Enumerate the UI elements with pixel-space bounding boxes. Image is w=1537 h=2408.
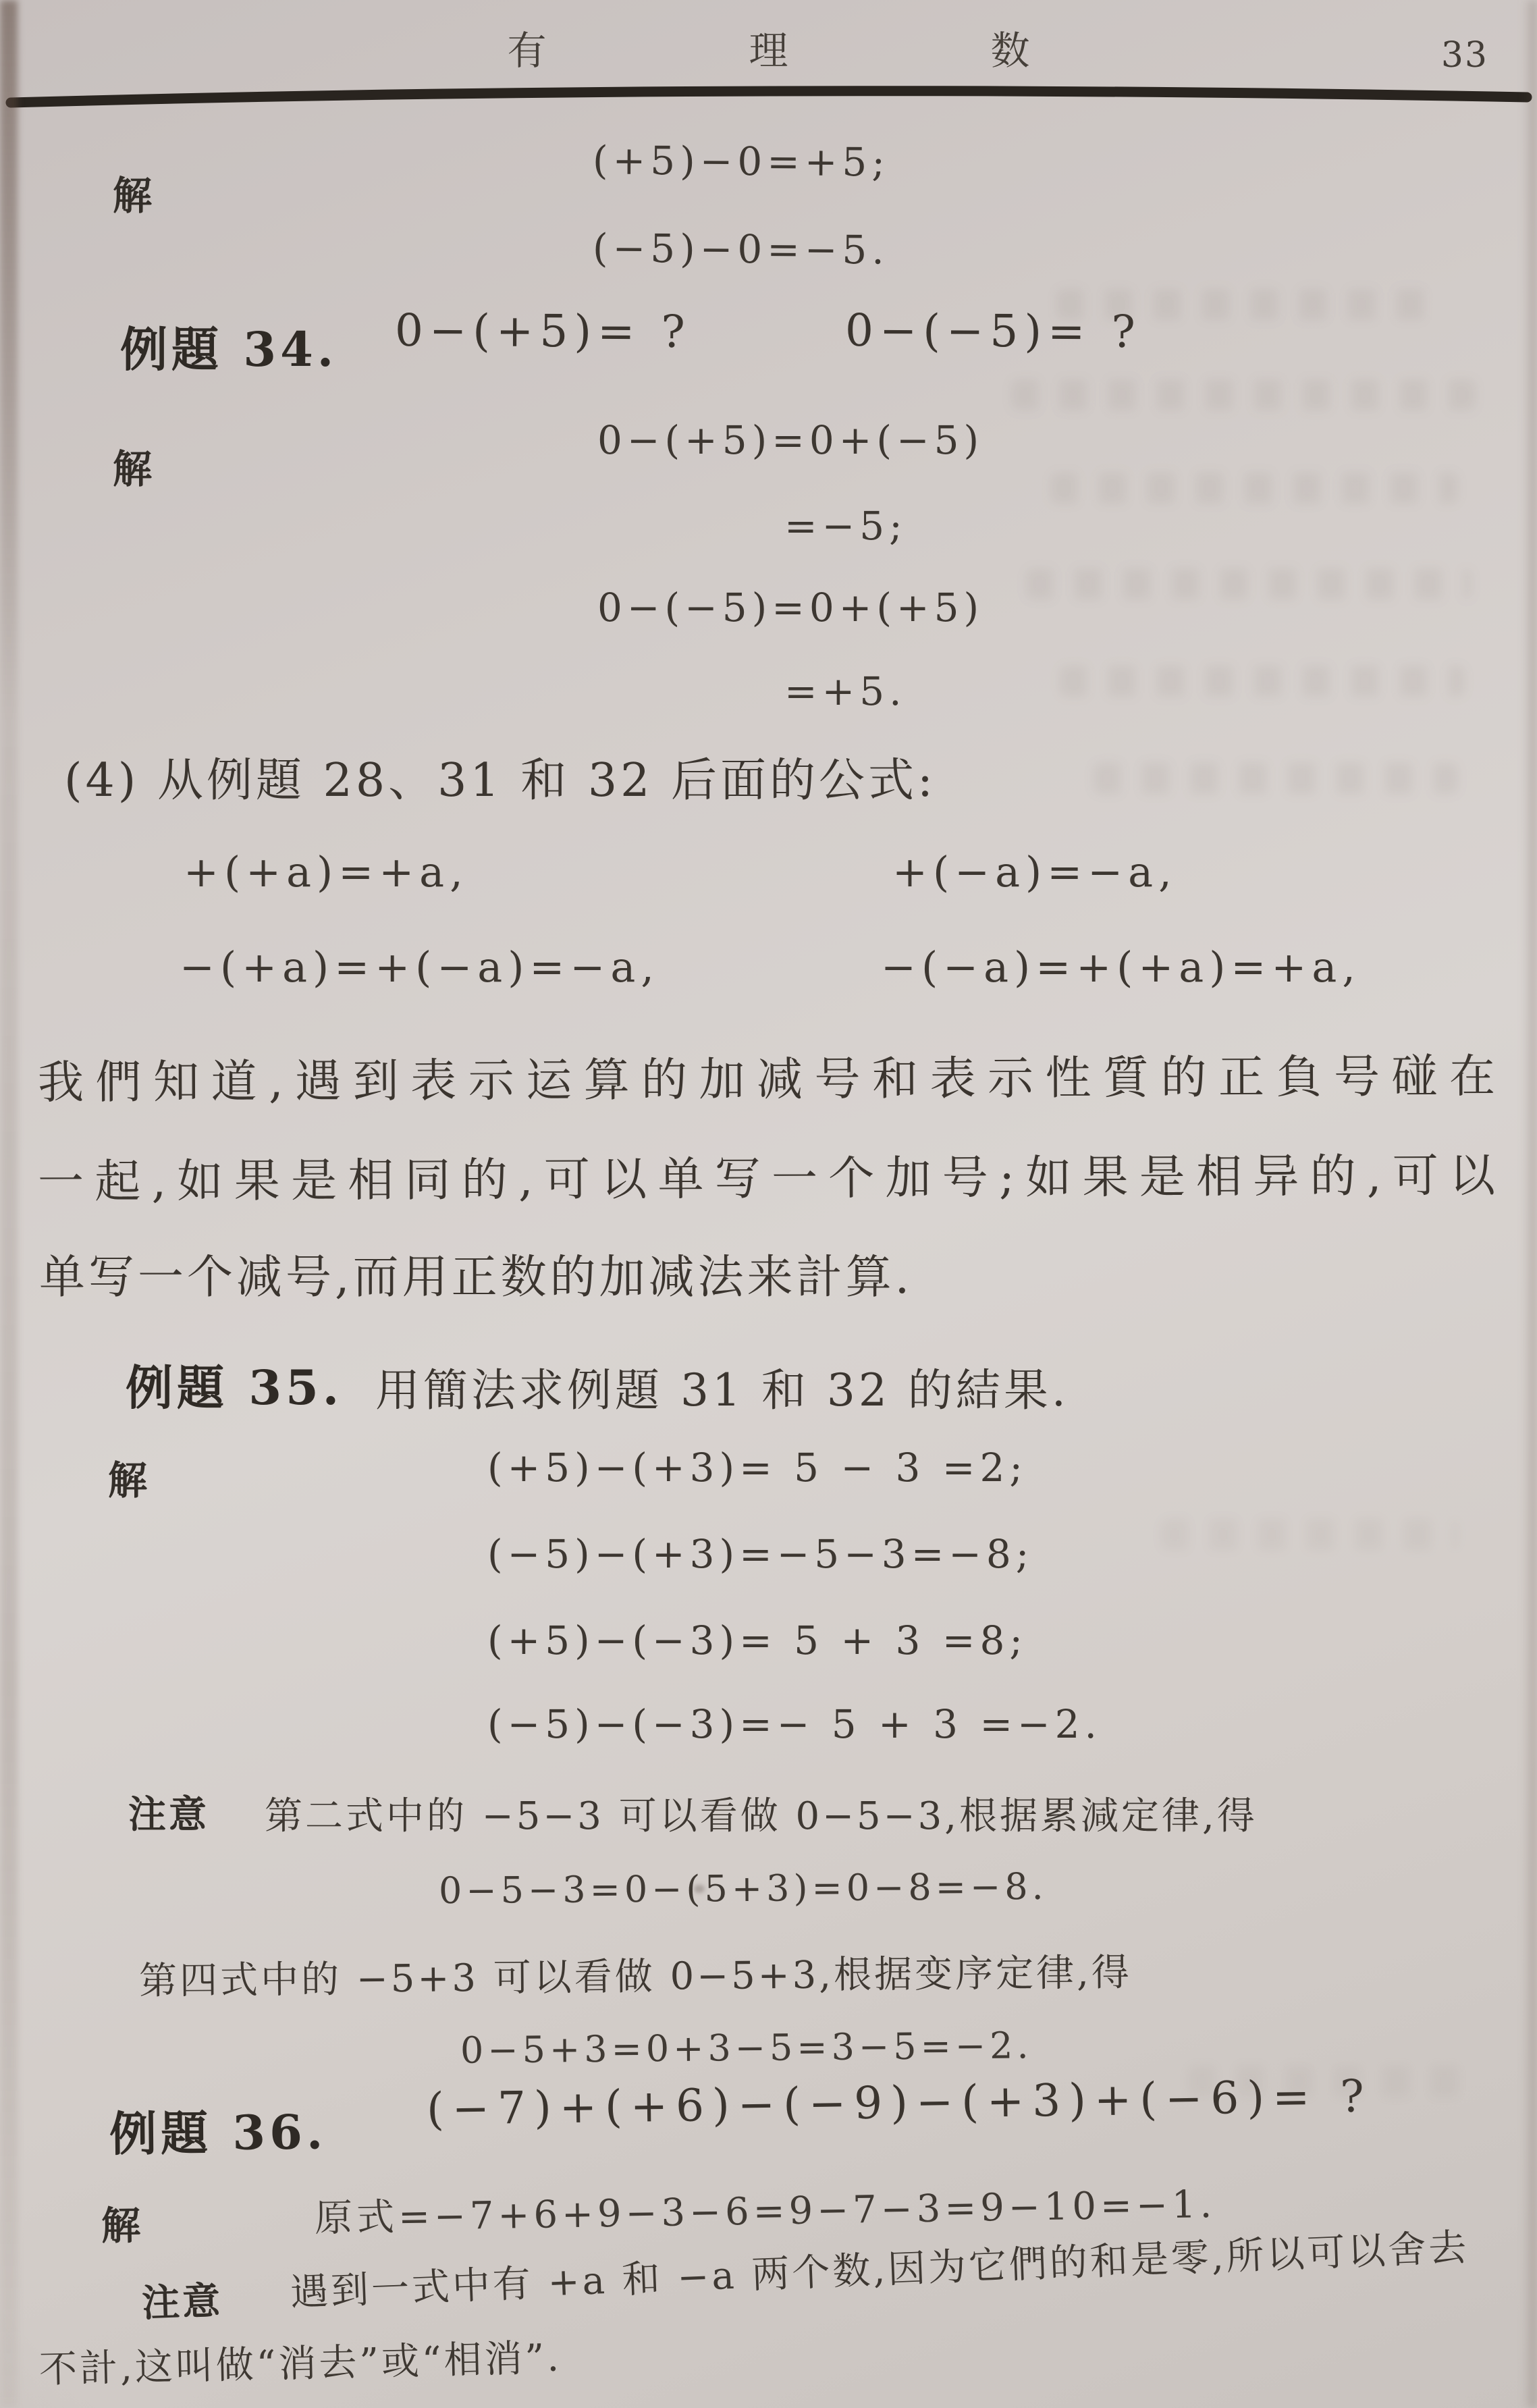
bleedthrough-smudge: [1161, 1519, 1458, 1550]
header-rule: [0, 80, 1537, 111]
running-title: 有 理 数: [0, 19, 1537, 76]
formula: +(−a)=−a,: [892, 847, 1177, 897]
bleedthrough-smudge: [1026, 568, 1472, 599]
equation-line: 0−(−5)=0+(+5): [597, 585, 983, 631]
solution-label: 解: [101, 2194, 143, 2251]
page-number: 33: [1441, 35, 1488, 76]
page-left-shadow: [0, 0, 18, 2408]
bleedthrough-smudge: [1094, 763, 1458, 794]
solution-label: 解: [113, 437, 155, 494]
paragraph-text: 我們知道,遇到表示运算的加减号和表示性質的正負号碰在: [38, 1040, 1499, 1111]
equation-line: 0−5+3=0+3−5=3−5=−2.: [460, 2024, 1033, 2071]
running-title-char: 理: [749, 19, 788, 76]
bleedthrough-smudge: [1060, 666, 1465, 697]
note-text: 第二式中的 −5−3 可以看做 0−5−3,根据累減定律,得: [265, 1786, 1258, 1840]
equation-line: (−5)−(−3)=− 5 + 3 =−2.: [487, 1701, 1102, 1747]
section-intro-text: (4) 从例題 28、31 和 32 后面的公式:: [64, 744, 936, 809]
formula: −(−a)=+(+a)=+a,: [881, 942, 1361, 992]
equation-line: =−5;: [784, 503, 907, 549]
page-right-shadow: [1523, 0, 1537, 2408]
running-title-char: 有: [507, 19, 546, 76]
paragraph-text: 一起,如果是相同的,可以单写一个加号;如果是相异的,可以: [38, 1139, 1499, 1210]
solution-label: 解: [108, 1449, 150, 1505]
paragraph-text: 单写一个减号,而用正数的加减法来計算.: [39, 1241, 913, 1306]
formula: −(+a)=+(−a)=−a,: [180, 942, 659, 992]
example-text: 用簡法求例題 31 和 32 的結果.: [375, 1354, 1069, 1418]
equation-line: =+5.: [784, 668, 907, 714]
equation-line: (−5)−(+3)=−5−3=−8;: [487, 1531, 1033, 1577]
equation-line: 0−(+5)=0+(−5): [597, 417, 983, 463]
equation-line: 0−5−3=0−(5+3)=0−8=−8.: [439, 1865, 1048, 1912]
equation-question: 0−(+5)= ?: [395, 304, 691, 358]
note-text: 不計,这叫做“消去”或“相消”.: [38, 2328, 562, 2394]
running-title-char: 数: [991, 19, 1030, 76]
note-label: 注意: [141, 2271, 224, 2328]
formula: +(+a)=+a,: [184, 847, 468, 897]
equation-line: (−5)−0=−5.: [593, 225, 889, 273]
equation-line: (+5)−(−3)= 5 + 3 =8;: [487, 1617, 1027, 1663]
ink-spot: [694, 1885, 705, 1893]
example-number: 例題 36.: [109, 2094, 327, 2164]
solution-label: 解: [113, 164, 155, 221]
note-text: 第四式中的 −5+3 可以看做 0−5+3,根据变序定律,得: [139, 1943, 1132, 2006]
equation-line: (+5)−(+3)= 5 − 3 =2;: [487, 1445, 1027, 1491]
example-number: 例題 34.: [120, 312, 338, 380]
note-label: 注意: [128, 1785, 209, 1839]
bleedthrough-smudge: [1188, 2066, 1472, 2097]
bleedthrough-smudge: [1056, 289, 1438, 320]
bleedthrough-smudge: [1050, 473, 1458, 504]
example-number: 例題 35.: [126, 1350, 343, 1418]
bleedthrough-smudge: [1011, 379, 1476, 410]
equation-line: (+5)−0=+5;: [593, 137, 890, 185]
